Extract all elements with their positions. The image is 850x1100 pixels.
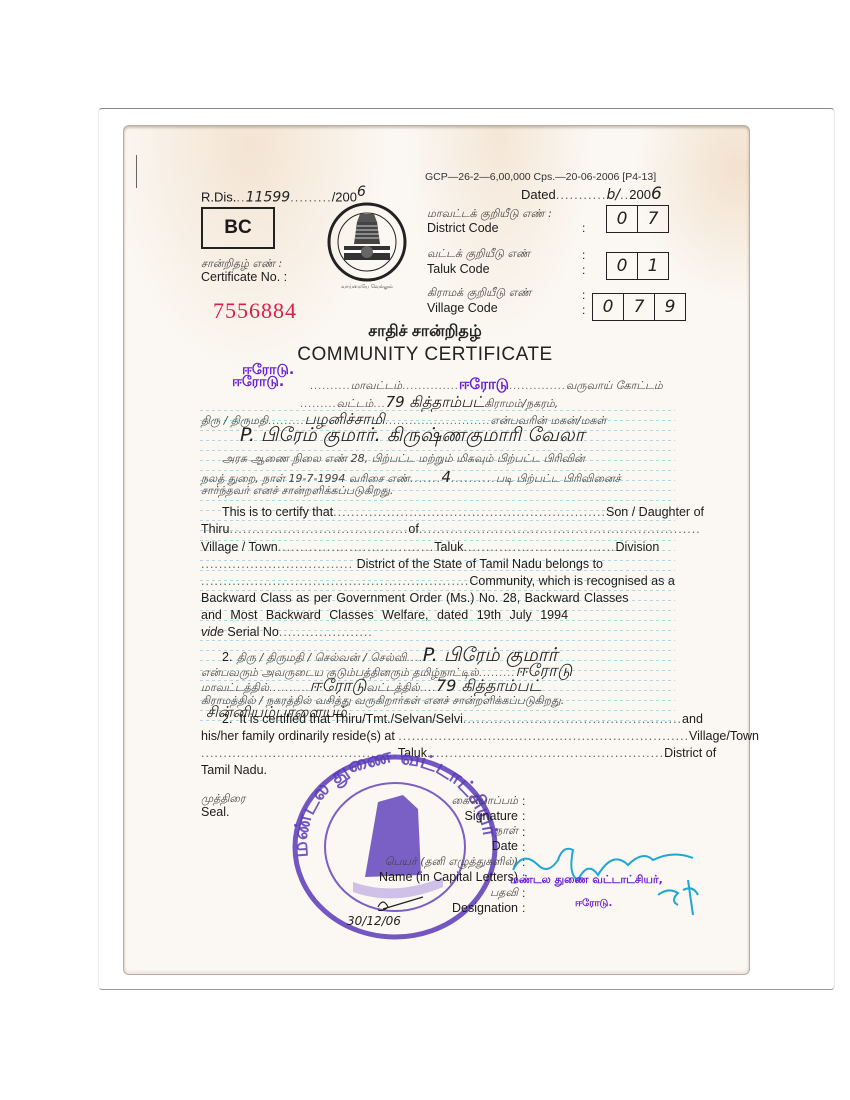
district-code-colon: : [582,221,585,235]
signature-label-ta: கையொப்பம் [350,794,518,809]
official-stamp-line-1: மண்டல துணை வட்டாட்சியர், [510,873,663,888]
community-text: Community, which is recognised as a [469,574,674,588]
signature-date-handwritten: 30/12/06 [347,914,401,928]
go-text-2-suffix: படி பிற்பட்ட பிரிவினைச் [496,472,621,485]
village-label: கிராமம்/நகரம், [484,397,558,410]
village-town-label: Village / Town [201,540,278,554]
village-code-box: 0 7 9 [592,293,686,321]
certify-text: This is to certify that [222,505,333,519]
district-in-label: மாவட்டத்தில் [201,681,269,694]
residence-taluk-handwritten: ஈரோடு [310,676,367,696]
district-code-label-ta: மாவட்டக் குறியீடு எண் : [427,207,552,222]
revenue-division-stamp: ஈரோடு [459,375,509,393]
dated-field: Dated...........b/..2006 [521,184,662,204]
english-line-8: vide Serial No..................... [201,625,373,639]
district-code-digit: 0 [607,206,638,232]
district-stamp-repeat: ஈரோடு. [232,374,284,392]
and-label: and [682,712,703,726]
taluk-code-colon: :: [582,248,585,278]
taluk-code-label: Taluk Code [427,262,490,276]
reside-text: his/her family ordinarily reside(s) at [201,729,395,743]
village-code-digit: 9 [655,294,685,320]
section-number-en: 2. [222,712,232,726]
district-state-text: District of the State of Tamil Nadu belo… [357,557,603,571]
english-line-5: ........................................… [201,574,675,588]
district-code-label: District Code [427,221,499,235]
vide-label: vide [201,625,224,639]
print-code: GCP—26-2—6,00,000 Cps.—20-06-2006 [P4-13… [425,171,656,183]
taluk-label: வட்டம் [337,397,374,410]
dated-value: b/ [606,187,620,203]
certified-text: It is certified that Thiru/Tmt./Selvan/S… [239,712,462,726]
designation-field: பதவி Designation [350,886,518,915]
name-field: பெயர் (தனி எழுத்துகளில்) Name (in Capita… [300,855,518,884]
english-line-4: .................................. Distr… [201,557,603,571]
taluk-code-label-ta: வட்டக் குறியீடு எண் [427,247,530,262]
date-field: நாள் Date [350,824,518,853]
village-code-label: Village Code [427,301,498,315]
serial-handwritten: 4 [441,468,451,486]
taluk-label-en: Taluk [434,540,463,554]
english-line-1: This is to certify that.................… [222,505,704,519]
taluk-code-digit: 0 [607,253,638,279]
signature-field: கையொப்பம் Signature [350,794,518,823]
english-line-2: Thiru...................................… [201,522,701,536]
village-handwritten: 79 கித்தாம்பட் [386,393,485,411]
taluk-in-label: வட்டத்தில் [366,681,419,694]
designation-label-ta: பதவி [350,886,518,901]
village-code-digit: 7 [624,294,655,320]
taluk-code-digit: 1 [638,253,668,279]
signature-label: Signature [350,809,518,823]
name-handwritten: P. பிரேம் குமார். கிருஷ்ணகுமாரி வேலா [240,424,585,449]
district-code-digit: 7 [638,206,668,232]
designation-label: Designation [350,901,518,915]
residence-en-line-4: Tamil Nadu. [201,763,267,777]
english-line-6: Backward Class as per Government Order (… [201,591,629,605]
residence-en-line-1: 2. It is certified that Thiru/Tmt./Selva… [222,712,703,726]
village-code-colon: :: [582,288,585,318]
village-code-digit: 0 [593,294,624,320]
son-daughter-label: Son / Daughter of [606,505,704,519]
certificate-number-label-en: Certificate No. : [201,270,287,284]
english-line-3: Village / Town..........................… [201,540,659,554]
svg-text:வாய்மையே வெல்லும்: வாய்மையே வெல்லும் [341,284,393,290]
village-code-label-ta: கிராமக் குறியீடு எண் [427,286,531,301]
english-line-7: and Most Backward Classes Welfare, dated… [201,608,568,622]
residence-en-line-2: his/her family ordinarily reside(s) at .… [201,729,759,743]
certificate-number: 7556884 [213,298,297,324]
date-label-ta: நாள் [350,824,518,839]
ref-number: 11599 [246,189,291,205]
revenue-division-label: வருவாய் கோட்டம் [566,379,663,392]
go-text-1: அரசு ஆணை நிலை எண் 28, பிற்பட்ட மற்றும் ம… [222,452,585,467]
ref-label: R.Dis. [201,189,236,204]
dated-label: Dated [521,187,556,202]
name-label-ta: பெயர் (தனி எழுத்துகளில்) [300,855,518,870]
title-tamil: சாதிச் சான்றிதழ் [0,322,850,342]
margin-mark [136,155,137,188]
category-badge: BC [201,207,275,249]
dated-year-suffix: 6 [651,184,662,204]
name-label: Name (in Capital Letters) [300,870,518,884]
district-label: மாவட்டம் [351,379,403,392]
village-town-label-2: Village/Town [689,729,759,743]
official-stamp-line-2: ஈரோடு. [575,898,612,910]
serial-no-label: Serial No [227,625,278,639]
district-code-box: 0 7 [606,205,669,233]
title-english: COMMUNITY CERTIFICATE [0,344,850,366]
dated-year: 200 [629,187,651,202]
residence-village-handwritten: 79 கித்தாம்பட் [436,676,541,695]
division-label: Division [616,540,660,554]
of-label: of [408,522,418,536]
district-of-label: District of [664,746,716,760]
taluk-code-box: 0 1 [606,252,669,280]
ref-year-suffix: 6 [357,184,366,200]
seal-label-en: Seal. [201,805,230,819]
district-line: ..........மாவட்டம்..............ஈரோடு...… [310,375,663,395]
tamil-nadu-emblem-icon: வாய்மையே வெல்லும் [322,200,412,290]
go-text-3: சார்ந்தவர் எனச் சான்றளிக்கப்படுகிறது. [201,484,393,499]
thiru-label: Thiru [201,522,229,536]
date-label: Date [350,839,518,853]
